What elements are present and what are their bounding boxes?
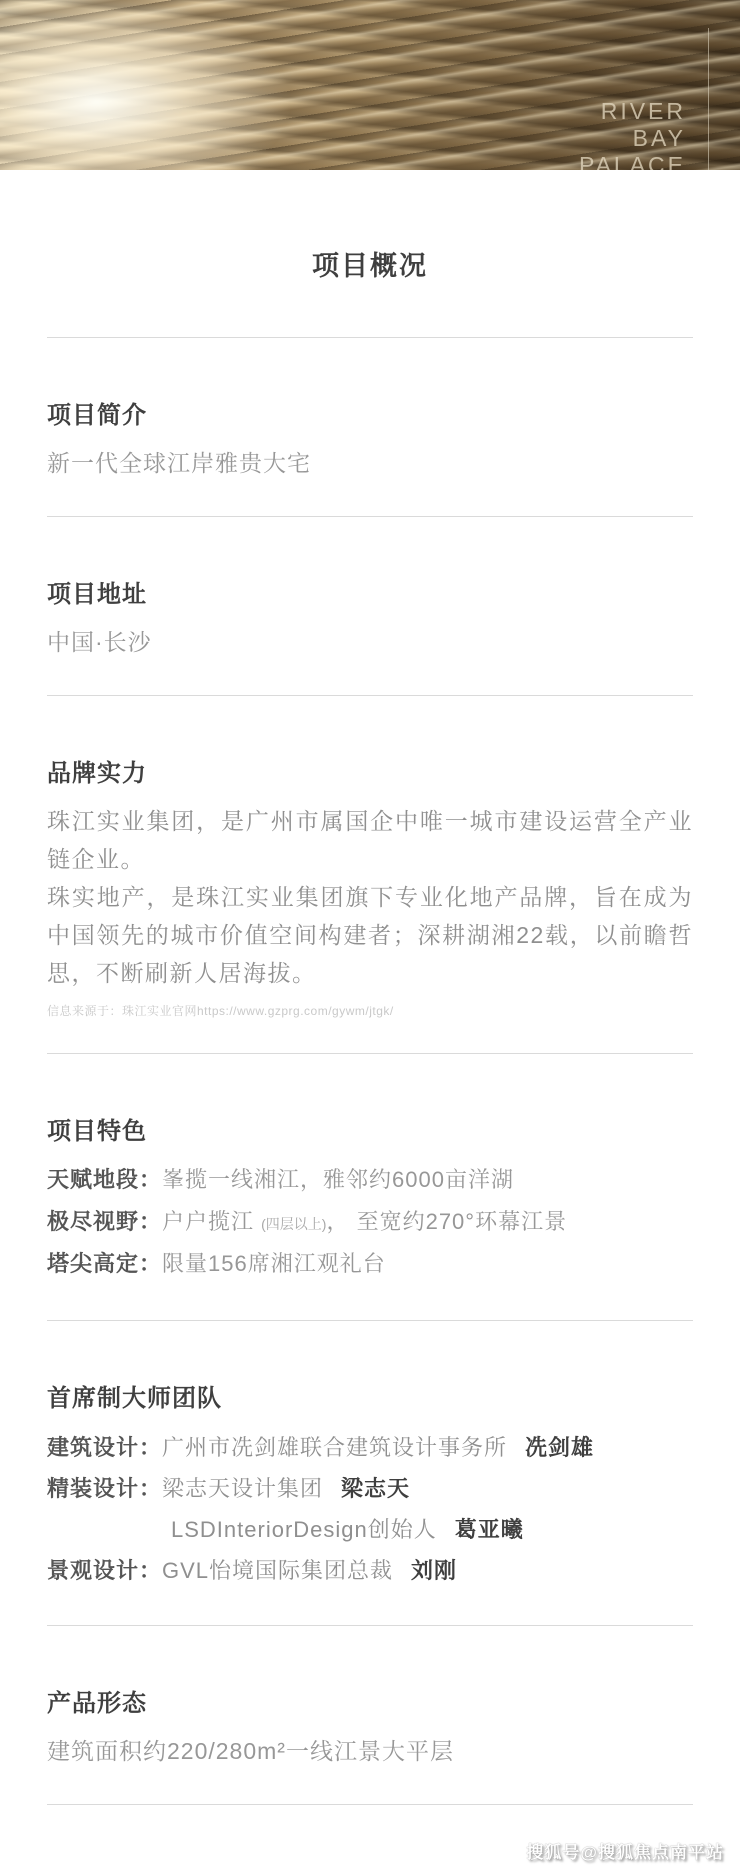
team-row: 建筑设计：广州市冼剑雄联合建筑设计事务所冼剑雄 — [47, 1427, 693, 1468]
section-features-heading: 项目特色 — [47, 1118, 693, 1146]
feature-label: 塔尖高定： — [47, 1251, 162, 1276]
team-org: GVL怡境国际集团总裁 — [162, 1558, 393, 1583]
team-row: LSDInteriorDesign创始人葛亚曦 — [47, 1509, 693, 1550]
section-brand-strength-heading: 品牌实力 — [47, 760, 693, 788]
section-team: 首席制大师团队 建筑设计：广州市冼剑雄联合建筑设计事务所冼剑雄 精装设计：梁志天… — [47, 1321, 693, 1625]
section-address-heading: 项目地址 — [47, 581, 693, 609]
section-team-heading: 首席制大师团队 — [47, 1385, 693, 1413]
source-note: 信息来源于：珠江实业官网https://www.gzprg.com/gywm/j… — [47, 1004, 693, 1019]
team-name: 冼剑雄 — [525, 1435, 594, 1460]
brand-strength-paragraph: 珠江实业集团，是广州市属国企中唯一城市建设运营全产业链企业。 — [47, 802, 693, 878]
section-product-text: 建筑面积约220/280m²一线江景大平层 — [47, 1732, 693, 1770]
brand-line-bay: BAY — [579, 125, 686, 152]
feature-row: 塔尖高定：限量156席湘江观礼台 — [47, 1244, 693, 1286]
hero-water-image: RIVER BAY PALACE — [0, 0, 740, 170]
section-address: 项目地址 中国·长沙 — [47, 517, 693, 695]
brand-line-river: RIVER — [579, 98, 686, 125]
team-row: 景观设计：GVL怡境国际集团总裁刘刚 — [47, 1550, 693, 1591]
section-intro-text: 新一代全球江岸雅贵大宅 — [47, 444, 693, 482]
feature-text: 峯揽一线湘江，雅邻约6000亩洋湖 — [162, 1167, 514, 1192]
section-features: 项目特色 天赋地段：峯揽一线湘江，雅邻约6000亩洋湖 极尽视野：户户揽江 (四… — [47, 1054, 693, 1320]
section-product: 产品形态 建筑面积约220/280m²一线江景大平层 — [47, 1626, 693, 1804]
team-org: LSDInteriorDesign创始人 — [171, 1517, 437, 1542]
watermark: 搜狐号@搜狐焦点南平站 — [526, 1838, 724, 1863]
brand-logo: RIVER BAY PALACE — [579, 98, 686, 170]
team-row: 精装设计：梁志天设计集团梁志天 — [47, 1468, 693, 1509]
section-product-heading: 产品形态 — [47, 1690, 693, 1718]
section-brand-strength: 品牌实力 珠江实业集团，是广州市属国企中唯一城市建设运营全产业链企业。 珠实地产… — [47, 696, 693, 1053]
feature-text: 限量156席湘江观礼台 — [162, 1251, 386, 1276]
divider — [47, 1804, 693, 1805]
brand-line-palace: PALACE — [579, 152, 686, 170]
team-org: 梁志天设计集团 — [162, 1476, 323, 1501]
team-name: 梁志天 — [341, 1476, 410, 1501]
feature-row: 极尽视野：户户揽江 (四层以上)， 至宽约270°环幕江景 — [47, 1202, 693, 1244]
section-intro: 项目简介 新一代全球江岸雅贵大宅 — [47, 338, 693, 516]
team-label: 建筑设计： — [47, 1435, 162, 1460]
feature-text: 户户揽江 — [162, 1209, 261, 1234]
feature-text: ， 至宽约270°环幕江景 — [326, 1209, 567, 1234]
feature-note: (四层以上) — [261, 1216, 326, 1232]
feature-label: 天赋地段： — [47, 1167, 162, 1192]
team-label: 精装设计： — [47, 1476, 162, 1501]
brand-strength-paragraph: 珠实地产，是珠江实业集团旗下专业化地产品牌，旨在成为中国领先的城市价值空间构建者… — [47, 878, 693, 992]
section-intro-heading: 项目简介 — [47, 402, 693, 430]
team-org: 广州市冼剑雄联合建筑设计事务所 — [162, 1435, 507, 1460]
section-address-text: 中国·长沙 — [47, 623, 693, 661]
article: 项目概况 项目简介 新一代全球江岸雅贵大宅 项目地址 中国·长沙 品牌实力 珠江… — [0, 244, 740, 1805]
hero-vertical-rule — [708, 28, 709, 170]
feature-row: 天赋地段：峯揽一线湘江，雅邻约6000亩洋湖 — [47, 1160, 693, 1202]
page-title: 项目概况 — [47, 244, 693, 283]
team-label: 景观设计： — [47, 1558, 162, 1583]
team-name: 葛亚曦 — [455, 1517, 524, 1542]
team-name: 刘刚 — [411, 1558, 457, 1583]
feature-label: 极尽视野： — [47, 1209, 162, 1234]
